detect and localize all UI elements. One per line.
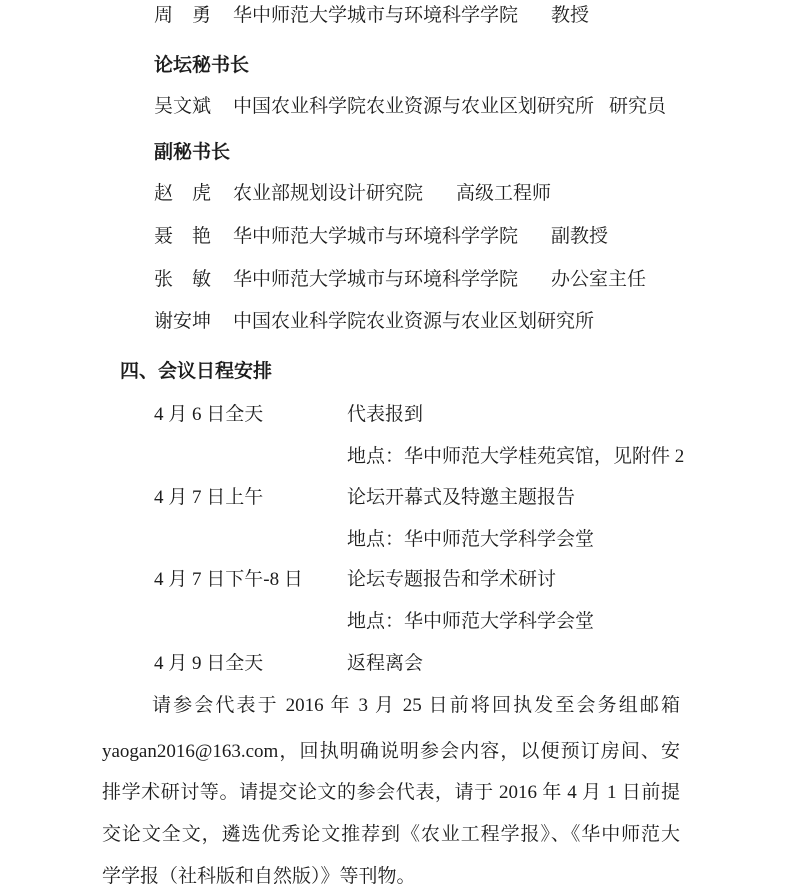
agenda-date: 4 月 7 日上午	[154, 486, 263, 509]
agenda-date: 4 月 9 日全天	[154, 652, 263, 675]
notice-line: 交论文全文，遴选优秀论文推荐到《农业工程学报》、《华中师范大	[102, 823, 680, 846]
member-title: 办公室主任	[551, 268, 646, 291]
agenda-event: 返程离会	[347, 652, 423, 675]
member-affiliation: 华中师范大学城市与环境科学学院	[233, 268, 518, 291]
secretary-general-heading: 论坛秘书长	[154, 54, 249, 77]
member-affiliation: 中国农业科学院农业资源与农业区划研究所	[233, 310, 594, 333]
notice-line: 请参会代表于 2016 年 3 月 25 日前将回执发至会务组邮箱	[152, 694, 680, 717]
notice-line: yaogan2016@163.com，回执明确说明参会内容，以便预订房间、安	[102, 740, 680, 763]
member-name: 张 敏	[154, 268, 233, 291]
agenda-section-heading: 四、会议日程安排	[120, 360, 272, 383]
member-title: 教授	[551, 4, 589, 27]
committee-member-row: 周 勇 华中师范大学城市与环境科学学院 教授	[154, 4, 589, 27]
notice-line: 学学报（社科版和自然版）》等刊物。	[102, 865, 680, 887]
member-name: 吴文斌	[154, 95, 233, 118]
member-affiliation: 中国农业科学院农业资源与农业区划研究所	[233, 95, 594, 118]
member-name: 赵 虎	[154, 182, 233, 205]
deputy-secretary-heading: 副秘书长	[154, 141, 230, 164]
notice-line: 排学术研讨等。请提交论文的参会代表，请于 2016 年 4 月 1 日前提	[102, 781, 680, 804]
committee-member-row: 吴文斌 中国农业科学院农业资源与农业区划研究所 研究员	[154, 95, 666, 118]
member-name: 谢安坤	[154, 310, 233, 333]
agenda-date: 4 月 6 日全天	[154, 403, 263, 426]
member-name: 周 勇	[154, 4, 233, 27]
agenda-date: 4 月 7 日下午-8 日	[154, 568, 303, 591]
member-title: 研究员	[609, 95, 666, 118]
member-affiliation: 农业部规划设计研究院	[233, 182, 423, 205]
member-title: 高级工程师	[456, 182, 551, 205]
agenda-event: 论坛专题报告和学术研讨	[347, 568, 556, 591]
member-affiliation: 华中师范大学城市与环境科学学院	[233, 4, 518, 27]
agenda-location: 地点：华中师范大学桂苑宾馆，见附件 2	[347, 445, 684, 468]
committee-member-row: 赵 虎 农业部规划设计研究院 高级工程师	[154, 182, 551, 205]
committee-member-row: 谢安坤 中国农业科学院农业资源与农业区划研究所	[154, 310, 627, 333]
member-name: 聂 艳	[154, 225, 233, 248]
agenda-location: 地点：华中师范大学科学会堂	[347, 610, 594, 633]
committee-member-row: 张 敏 华中师范大学城市与环境科学学院 办公室主任	[154, 268, 646, 291]
agenda-event: 论坛开幕式及特邀主题报告	[347, 486, 575, 509]
member-affiliation: 华中师范大学城市与环境科学学院	[233, 225, 518, 248]
document-page: 周 勇 华中师范大学城市与环境科学学院 教授 论坛秘书长 吴文斌 中国农业科学院…	[0, 0, 799, 887]
member-title: 副教授	[551, 225, 608, 248]
agenda-location: 地点：华中师范大学科学会堂	[347, 528, 594, 551]
agenda-event: 代表报到	[347, 403, 423, 426]
committee-member-row: 聂 艳 华中师范大学城市与环境科学学院 副教授	[154, 225, 608, 248]
